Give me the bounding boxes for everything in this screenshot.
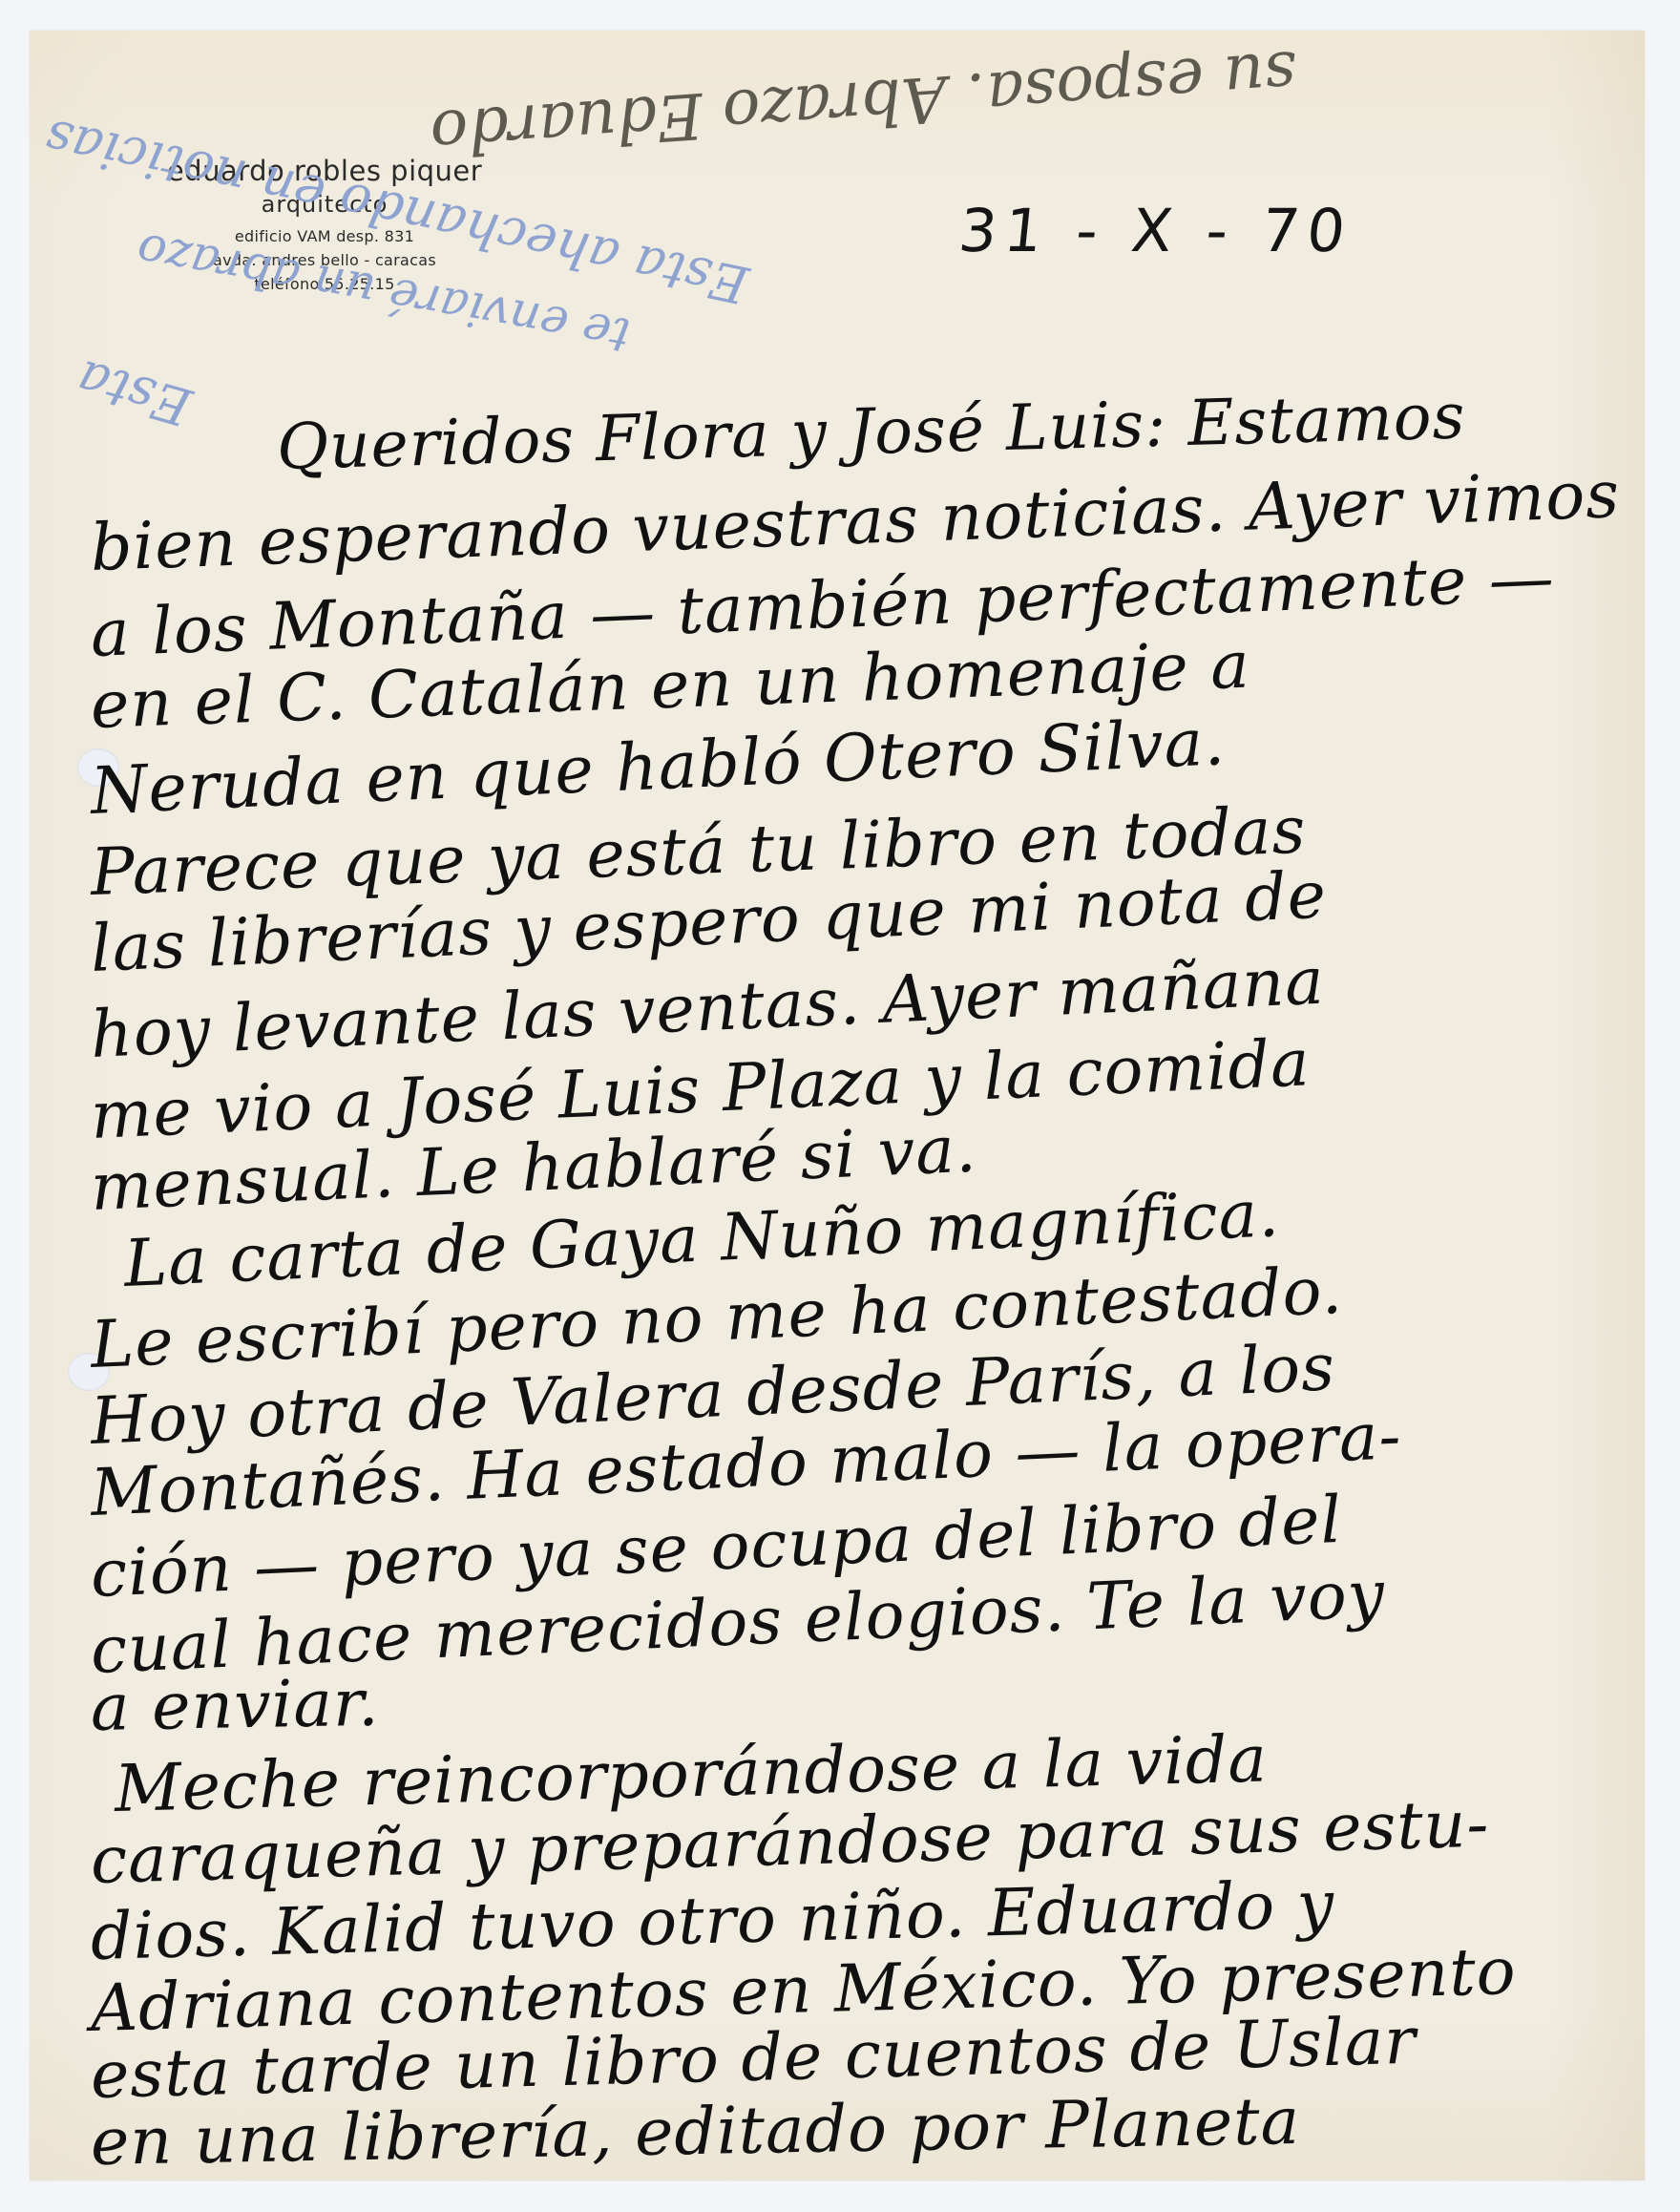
letter-date: 31 - X - 70 xyxy=(955,196,1356,265)
